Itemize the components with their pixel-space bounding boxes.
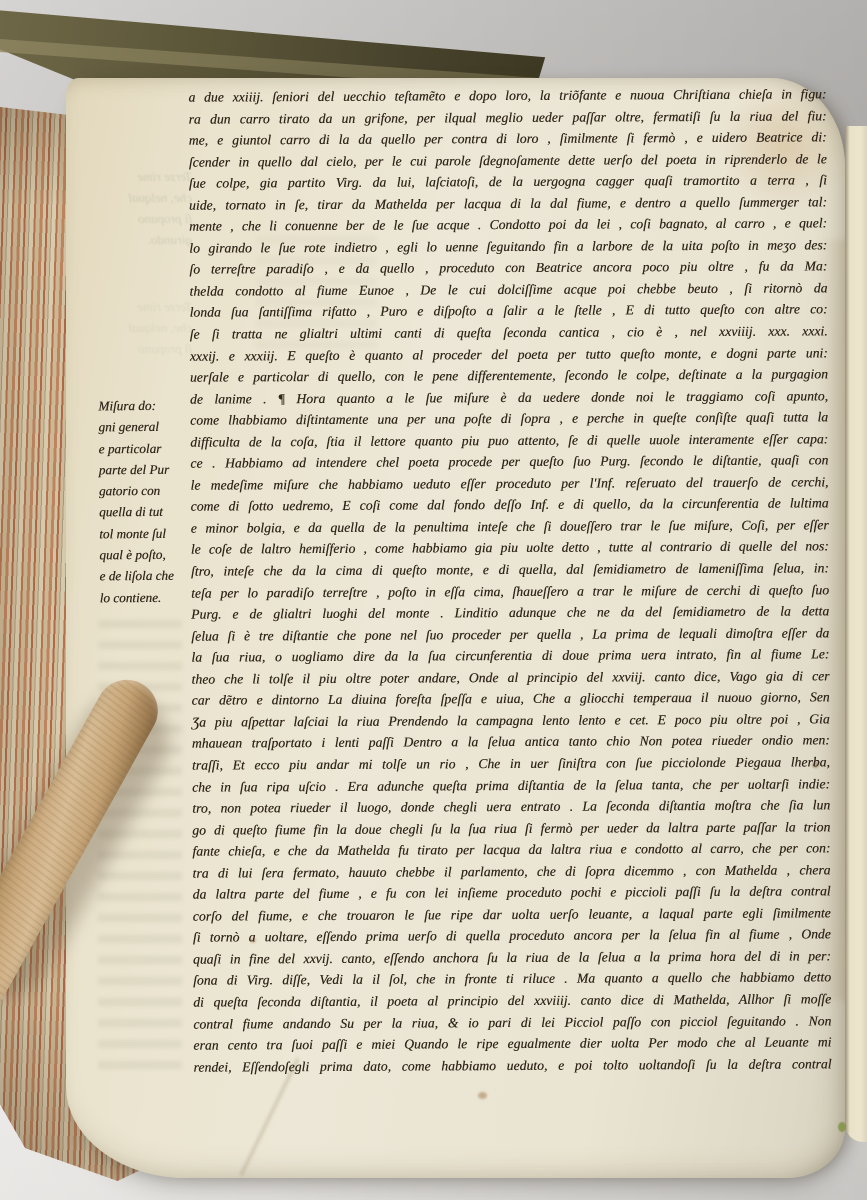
- marginal-note-line: gni general: [98, 416, 190, 438]
- text-line: rendei, Eſſendoſegli prima dato, come ha…: [193, 1056, 831, 1081]
- bleed-through-note: Terze rime che, nelqual ſi propano: [96, 296, 192, 359]
- marginal-note-line: qual è poſto,: [99, 544, 191, 566]
- marginal-note-line: parte del Pur: [99, 459, 191, 481]
- marginal-note: Miſura do: gni general e particolar part…: [98, 395, 191, 609]
- marginal-note-line: e particolar: [99, 437, 191, 459]
- green-speck: [838, 1122, 846, 1132]
- page-text-block: a due xxiiij. ſeniori del uecchio teſtam…: [188, 86, 831, 1080]
- marginal-note-line: lo contiene.: [100, 586, 192, 608]
- foxing-spot: [478, 1092, 487, 1099]
- marginal-note-line: quella di tut: [99, 501, 191, 523]
- marginal-note-line: Miſura do:: [98, 395, 190, 417]
- marginal-note-line: gatorio con: [99, 480, 191, 502]
- bleed-through-note: Terze rime che, nelqual ſi propano giran…: [96, 166, 192, 250]
- marginal-note-line: tol monte ſul: [99, 522, 191, 544]
- book-photo: Terze rime che, nelqual ſi propano giran…: [0, 0, 867, 1200]
- marginal-note-line: e de liſola che: [99, 565, 191, 587]
- facing-page-edge: [845, 126, 867, 1142]
